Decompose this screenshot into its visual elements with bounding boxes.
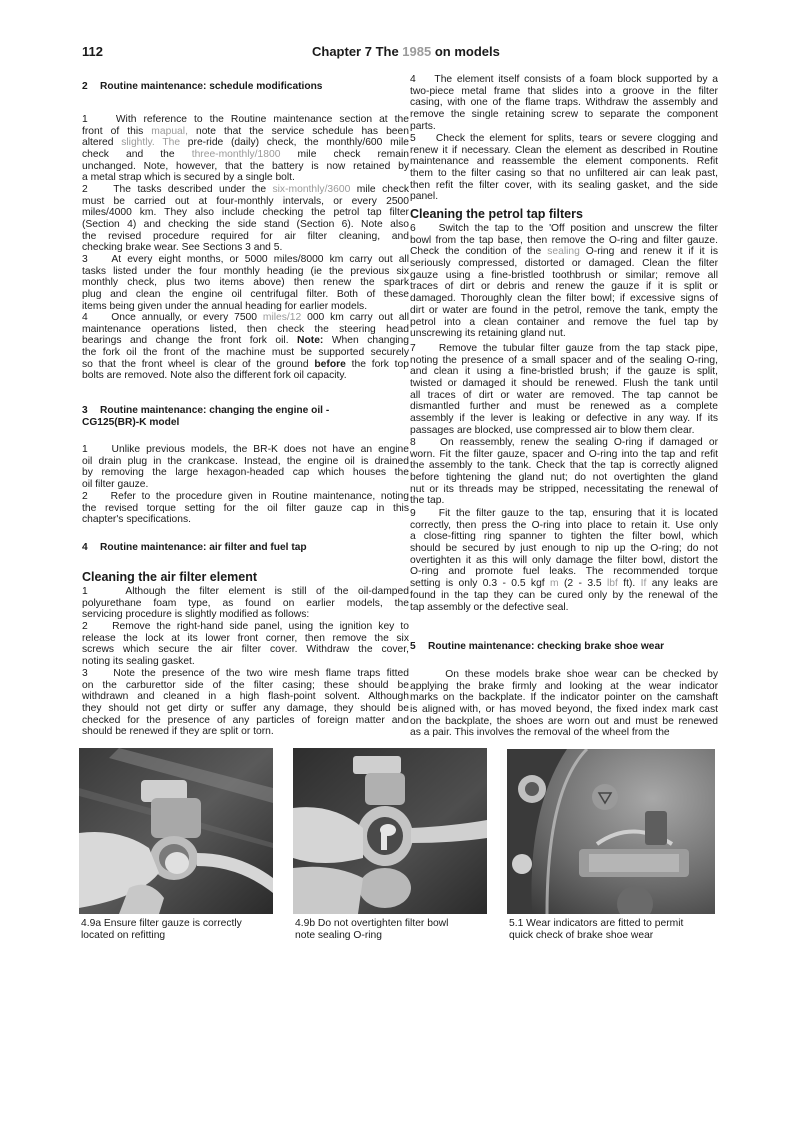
text-line: applying the brake firmly and looking at… xyxy=(410,681,718,693)
text-line: 7 Remove the tubular filter gauze from t… xyxy=(410,343,718,355)
text-line: then refit the filter cover, with its se… xyxy=(410,180,718,192)
text-line: parts. xyxy=(410,121,718,133)
text-line: found in the tap they can be cured only … xyxy=(410,590,718,602)
text-line: (Section 4) and checking the side stand … xyxy=(82,219,409,231)
section-4-para-2: 2 Remove the right-hand side panel, usin… xyxy=(82,621,409,668)
text-line: 9 Fit the filter gauze to the tap, ensur… xyxy=(410,508,718,520)
text-line: the tap. xyxy=(410,495,718,507)
text-line: bearings and change the front fork oil. … xyxy=(82,335,409,347)
text-line: altered slightly. The pre-ride (daily) c… xyxy=(82,137,409,149)
text-line: 2 The tasks described under the six-mont… xyxy=(82,184,409,196)
text-line: traces of dirt or debris and renew the g… xyxy=(410,281,718,293)
photo-4-9b xyxy=(293,748,487,914)
text-line: miles/4000 km. They also include checkin… xyxy=(82,207,409,219)
right-column: 4 The element itself consists of a foam … xyxy=(410,0,718,745)
text-line: items being given under the annual headi… xyxy=(82,301,409,313)
section-2-para-2: 2 The tasks described under the six-mont… xyxy=(82,184,409,254)
text-line: 2 Remove the right-hand side panel, usin… xyxy=(82,621,409,633)
section-4-para-4: 4 The element itself consists of a foam … xyxy=(410,74,718,132)
text-line: worn. Fit the filter gauze, spacer and O… xyxy=(410,449,718,461)
text-line: dirt or water are found in the petrol, r… xyxy=(410,305,718,317)
text-line: 8 On reassembly, renew the sealing O-rin… xyxy=(410,437,718,449)
text-line: oil filter gauze. xyxy=(82,479,409,491)
section-4-para-9: 9 Fit the filter gauze to the tap, ensur… xyxy=(410,508,718,613)
photo-5-1 xyxy=(507,749,715,914)
text-line: 6 Switch the tap to the 'Off position an… xyxy=(410,223,718,235)
photo-4-9a xyxy=(79,748,273,914)
text-line: a metal strap which is secured by a sing… xyxy=(82,172,409,184)
text-line: them to the filter casing so that no unf… xyxy=(410,168,718,180)
text-line: plug and clean the engine oil centrifuga… xyxy=(82,289,409,301)
text-line: front of this mapual, note that the serv… xyxy=(82,126,409,138)
text-line: and clean it using a fine-bristled brush… xyxy=(410,366,718,378)
text-line: seriously compressed, distorted or damag… xyxy=(410,258,718,270)
text-line: they should not get dirty or suffer any … xyxy=(82,703,409,715)
text-line: withdrawn and cleaned in a high flash-po… xyxy=(82,691,409,703)
text-line: check and the three-monthly/1800 mile ch… xyxy=(82,149,409,161)
text-line: casing, with one of the flame traps. Wit… xyxy=(410,97,718,109)
text-line: gauze using a fine-bristled toothbrush o… xyxy=(410,270,718,282)
section-4-para-7: 7 Remove the tubular filter gauze from t… xyxy=(410,343,718,437)
text-line: the fork oil the front of the machine mu… xyxy=(82,347,409,359)
section-4-para-1: 1 Although the filter element is still o… xyxy=(82,586,409,621)
text-line: 1 Although the filter element is still o… xyxy=(82,586,409,598)
section-2-para-1: 1 With reference to the Routine maintena… xyxy=(82,114,409,184)
text-line: tap assembly or the defective seal. xyxy=(410,602,718,614)
section-4-para-6: 6 Switch the tap to the 'Off position an… xyxy=(410,223,718,340)
text-line: assembly if the lever is leaking or defe… xyxy=(410,413,718,425)
filter-bowl-photo-icon xyxy=(293,748,487,914)
text-line: 2 Refer to the procedure given in Routin… xyxy=(82,491,409,503)
text-line: so that the front wheel is clear of the … xyxy=(82,359,409,371)
text-line: noting its sealing gasket. xyxy=(82,656,409,668)
brake-backplate-photo-icon xyxy=(507,749,715,914)
text-line: screws which secure the air filter cover… xyxy=(82,644,409,656)
section-2-para-3: 3 At every eight months, or 5000 miles/8… xyxy=(82,254,409,312)
text-line: nut or its threads may be stripped, nece… xyxy=(410,484,718,496)
section-4-heading: 4Routine maintenance: air filter and fue… xyxy=(82,542,409,554)
section-2-para-4: 4 Once annually, or every 7500 miles/12 … xyxy=(82,312,409,382)
subheading-air-filter: Cleaning the air filter element xyxy=(82,570,409,584)
caption-5-1: 5.1 Wear indicators are fitted to permit… xyxy=(509,918,719,942)
text-line: damaged. Thoroughly clean the filter bow… xyxy=(410,293,718,305)
text-line: tasks listed under the four monthly head… xyxy=(82,266,409,278)
text-line: as a pair. This involves the removal of … xyxy=(410,727,718,739)
text-line: setting is only 0.3 - 0.5 kgf m (2 - 3.5… xyxy=(410,578,718,590)
left-column: 2Routine maintenance: schedule modificat… xyxy=(82,0,409,745)
text-line: is aligned with, or has moved beyond, th… xyxy=(410,704,718,716)
text-line: monthly check, plus two items above) the… xyxy=(82,277,409,289)
text-line: on the backplate, the shoes are worn out… xyxy=(410,716,718,728)
section-3-para-1: 1 Unlike previous models, the BR-K does … xyxy=(82,444,409,491)
text-line: renew it if necessary. Clean the element… xyxy=(410,145,718,157)
text-line: O-ring and promote fuel leaks. The recom… xyxy=(410,566,718,578)
text-line: checking brake wear. See Sections 3 and … xyxy=(82,242,409,254)
section-5-para-1: On these models brake shoe wear can be c… xyxy=(410,669,718,739)
section-4-para-8: 8 On reassembly, renew the sealing O-rin… xyxy=(410,437,718,507)
text-line: 3 Note the presence of the two wire mesh… xyxy=(82,668,409,680)
text-line: dismantled further and must be renewed a… xyxy=(410,401,718,413)
text-line: unscrewing its retaining gland nut. xyxy=(410,328,718,340)
text-line: checked for the presence of any particle… xyxy=(82,715,409,727)
text-line: 5 Check the element for splits, tears or… xyxy=(410,133,718,145)
text-line: panel. xyxy=(410,191,718,203)
section-3-para-2: 2 Refer to the procedure given in Routin… xyxy=(82,491,409,526)
text-line: maintenance and reassemble the element c… xyxy=(410,156,718,168)
text-line: the assembly to the tank. Check that the… xyxy=(410,460,718,472)
text-line: 1 With reference to the Routine maintena… xyxy=(82,114,409,126)
text-line: 1 Unlike previous models, the BR-K does … xyxy=(82,444,409,456)
text-line: polyurethane foam type, as found on earl… xyxy=(82,598,409,610)
text-line: remove the single retaining screw to sep… xyxy=(410,109,718,121)
text-line: overtighten it as this will only damage … xyxy=(410,555,718,567)
section-4-para-5: 5 Check the element for splits, tears or… xyxy=(410,133,718,203)
text-line: by removing the large hexagon-headed cap… xyxy=(82,467,409,479)
text-line: on the carburettor side of the filter ca… xyxy=(82,680,409,692)
subheading-petrol-tap: Cleaning the petrol tap filters xyxy=(410,207,718,221)
text-line: bowl from the tap base, then remove the … xyxy=(410,235,718,247)
text-line: two-piece metal frame that slides into a… xyxy=(410,86,718,98)
text-line: On these models brake shoe wear can be c… xyxy=(410,669,718,681)
text-line: the revised procedure required for air f… xyxy=(82,231,409,243)
fuel-tap-photo-icon xyxy=(79,748,273,914)
text-line: the revised torque setting for the oil f… xyxy=(82,503,409,515)
text-line: 4 The element itself consists of a foam … xyxy=(410,74,718,86)
text-line: a close-fitting ring spanner to tighten … xyxy=(410,531,718,543)
text-line: before tightening the gland nut; do not … xyxy=(410,472,718,484)
text-line: servicing procedure is slightly modified… xyxy=(82,609,409,621)
caption-4-9b: 4.9b Do not overtighten filter bowl note… xyxy=(295,918,505,942)
text-line: unchanged. Note, however, that the batte… xyxy=(82,161,409,173)
section-4-para-3: 3 Note the presence of the two wire mesh… xyxy=(82,668,409,738)
text-line: maintenance operations listed, then chec… xyxy=(82,324,409,336)
text-line: should be renewed if they are split or t… xyxy=(82,726,409,738)
text-line: noting the presence of a small spacer an… xyxy=(410,355,718,367)
text-line: bolts are removed. Note also the differe… xyxy=(82,370,409,382)
text-line: correctly, then press the O-ring into pl… xyxy=(410,520,718,532)
text-line: petrol into a clean container and remove… xyxy=(410,317,718,329)
section-3-heading: 3Routine maintenance: changing the engin… xyxy=(82,405,409,429)
text-line: oil drain plug in the crankcase. Instead… xyxy=(82,456,409,468)
text-line: passages are blocked, use compressed air… xyxy=(410,425,718,437)
caption-4-9a: 4.9a Ensure filter gauze is correctly lo… xyxy=(81,918,291,942)
text-line: 4 Once annually, or every 7500 miles/12 … xyxy=(82,312,409,324)
text-line: all traces of dirt or water are removed.… xyxy=(410,390,718,402)
text-line: 3 At every eight months, or 5000 miles/8… xyxy=(82,254,409,266)
text-line: marks on the backplate. If the indicator… xyxy=(410,692,718,704)
section-5-heading: 5Routine maintenance: checking brake sho… xyxy=(410,641,718,653)
text-line: chapter's specifications. xyxy=(82,514,409,526)
section-2-heading: 2Routine maintenance: schedule modificat… xyxy=(82,81,409,93)
text-line: twisted or damaged it should be renewed.… xyxy=(410,378,718,390)
text-line: Check the condition of the sealing O-rin… xyxy=(410,246,718,258)
text-line: should be secured by just enough to nip … xyxy=(410,543,718,555)
text-line: release the lock at its lower front corn… xyxy=(82,633,409,645)
text-line: must be carried out at four-monthly inte… xyxy=(82,196,409,208)
